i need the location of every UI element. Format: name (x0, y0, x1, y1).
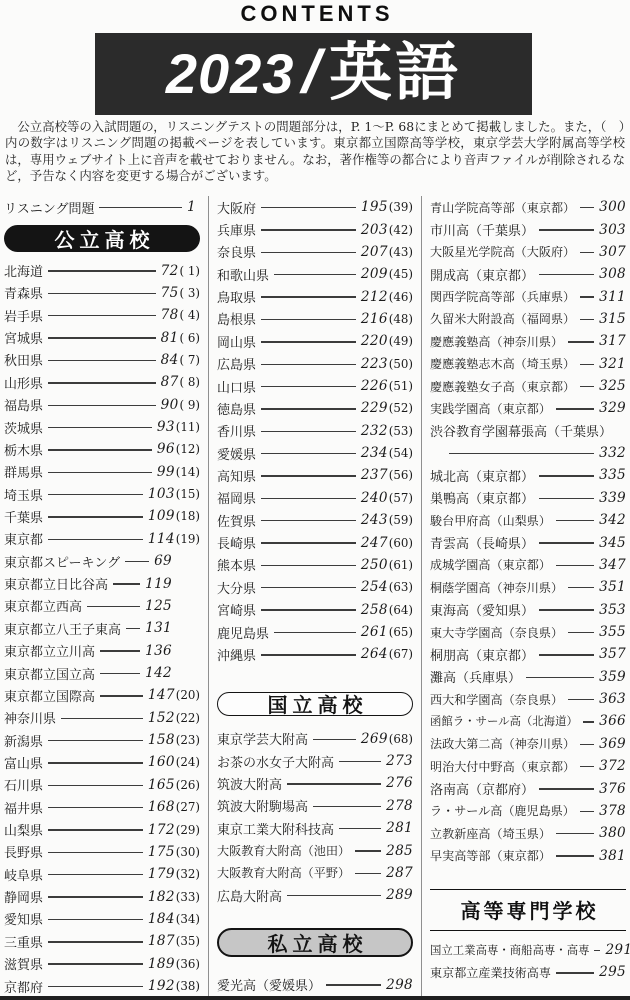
leader-line (48, 762, 143, 763)
entry-label: 奈良県 (217, 242, 256, 261)
entry-pages: 357 (599, 646, 626, 662)
toc-entry: 新潟県 158(23) (4, 729, 200, 751)
leader-line (261, 587, 356, 588)
entry-pages: 90( 9) (161, 397, 200, 413)
entry-listening-page: (20) (176, 688, 200, 702)
entry-listening-page: (23) (176, 733, 200, 747)
entry-pages: 172(29) (148, 822, 200, 838)
toc-entry: 福井県 168(27) (4, 796, 200, 818)
entry-pages: 264(67) (361, 646, 413, 662)
toc-entry: 大阪教育大附高（平野） 287 (217, 862, 413, 884)
entry-pages: 195(39) (361, 199, 413, 215)
entry-pages: 287 (386, 865, 413, 881)
leader-line (539, 788, 594, 789)
toc-entry: 福岡県 240(57) (217, 487, 413, 509)
entry-pages: 269(68) (361, 731, 413, 747)
entry-page: 229 (361, 400, 388, 416)
entry-label: 大阪教育大附高（平野） (217, 864, 350, 881)
entry-label: 岡山県 (217, 332, 256, 351)
entry-listening-page: (53) (389, 424, 413, 438)
entry-label: 実践学園高（東京都） (430, 400, 551, 417)
toc-entry: 山形県 87( 8) (4, 371, 200, 393)
toc-entry: 京都府 192(38) (4, 975, 200, 997)
leader-line (48, 807, 143, 808)
entry-page: 1 (187, 199, 196, 215)
entry-label: 早実高等部（東京都） (430, 847, 551, 864)
entry-pages: 165(26) (148, 777, 200, 793)
entry-label: 渋谷教育学園幕張高（千葉県） (430, 421, 612, 440)
entry-page: 195 (361, 199, 388, 215)
entry-label: 香川県 (217, 421, 256, 440)
toc-entry: 滋賀県 189(36) (4, 953, 200, 975)
entry-pages: 232(53) (361, 423, 413, 439)
leader-line (48, 516, 143, 517)
entry-page: 289 (386, 887, 413, 903)
entry-page: 363 (599, 691, 626, 707)
toc-column-1: リスニング問題 1 公立高校 北海道 72( 1) 青森県 7 (4, 196, 200, 998)
public-school-list-2: 大阪府 195(39) 兵庫県 203(42) 奈良県 207(43) (217, 196, 413, 666)
entry-listening-page: (34) (176, 912, 200, 926)
entry-pages: 273 (386, 753, 413, 769)
entry-pages: 226(51) (361, 378, 413, 394)
toc-entry: 愛媛県 234(54) (217, 442, 413, 464)
leader-line (580, 744, 594, 745)
entry-page: 347 (599, 557, 626, 573)
entry-pages: 220(49) (361, 333, 413, 349)
leader-line (48, 472, 152, 473)
entry-label: 福島県 (4, 395, 43, 414)
toc-entry: 島根県 216(48) (217, 308, 413, 330)
entry-label: 慶應義塾女子高（東京都） (430, 378, 575, 395)
entry-label: リスニング問題 (4, 198, 94, 217)
toc-entry: 三重県 187(35) (4, 930, 200, 952)
leader-line (583, 721, 594, 722)
leader-line (539, 498, 594, 499)
entry-label: 筑波大附高 (217, 774, 282, 793)
entry-pages: 376 (599, 781, 626, 797)
entry-pages: 109(18) (148, 508, 200, 524)
toc-entry: 鳥取県 212(46) (217, 285, 413, 307)
toc-entry: 慶應義塾高（神奈川県） 317 (430, 330, 626, 352)
entry-pages: 276 (386, 775, 413, 791)
entry-label: 東京工業大附科技高 (217, 819, 334, 838)
leader-line (261, 542, 356, 543)
entry-pages: 250(61) (361, 557, 413, 573)
entry-listening-page: ( 6) (180, 331, 200, 345)
entry-label: 函館ラ・サール高（北海道） (430, 713, 578, 729)
toc-entry: 香川県 232(53) (217, 420, 413, 442)
entry-label: 新潟県 (4, 731, 43, 750)
leader-line (48, 963, 143, 964)
entry-page: 172 (148, 822, 175, 838)
leader-line (339, 761, 381, 762)
toc-entry: 岩手県 78( 4) (4, 304, 200, 326)
entry-pages: 96(12) (157, 441, 200, 457)
intro-paragraph: 公立高校等の入試問題の，リスニングテストの問題部分は，P. 1～P. 68にまと… (5, 119, 625, 185)
toc-entry: 立教新座高（埼玉県） 380 (430, 822, 626, 844)
entry-label: 久留米大附設高（福岡県） (430, 310, 575, 327)
toc-entry: 市川高（千葉県） 303 (430, 218, 626, 240)
entry-label: 群馬県 (4, 462, 43, 481)
toc-entry: 岡山県 220(49) (217, 330, 413, 352)
entry-listening-page: (14) (176, 465, 200, 479)
entry-listening-page: (52) (389, 401, 413, 415)
entry-page: 109 (148, 508, 175, 524)
entry-page: 165 (148, 777, 175, 793)
entry-page: 243 (361, 512, 388, 528)
toc-entry: 和歌山県 209(45) (217, 263, 413, 285)
toc-entry: 青山学院高等部（東京都） 300 (430, 196, 626, 218)
toc-entry: 東京都立国際高 147(20) (4, 684, 200, 706)
entry-listening-page: (27) (176, 800, 200, 814)
entry-listening-page: (18) (176, 509, 200, 523)
leader-line (339, 828, 381, 829)
leader-line (48, 539, 143, 540)
leader-line (568, 587, 594, 588)
toc-entry: 城北高（東京都） 335 (430, 464, 626, 486)
entry-listening-page: (19) (176, 532, 200, 546)
entry-listening-page: ( 4) (180, 308, 200, 322)
entry-page: 315 (599, 311, 626, 327)
entry-label: 和歌山県 (217, 265, 269, 284)
entry-pages: 315 (599, 311, 626, 327)
entry-page: 357 (599, 646, 626, 662)
entry-pages: 329 (599, 400, 626, 416)
entry-label: 佐賀県 (217, 511, 256, 530)
entry-pages: 295 (599, 964, 626, 980)
toc-entry: 久留米大附設高（福岡県） 315 (430, 308, 626, 330)
entry-listening-page: (42) (389, 223, 413, 237)
entry-label: 秋田県 (4, 350, 43, 369)
entry-label: 大阪星光学院高（大阪府） (430, 243, 575, 260)
entry-page: 240 (361, 490, 388, 506)
leader-line (580, 319, 594, 320)
entry-label: 大阪府 (217, 198, 256, 217)
entry-listening-page: (63) (389, 580, 413, 594)
leader-line (539, 475, 594, 476)
entry-label: 洛南高（京都府） (430, 779, 534, 798)
entry-listening-page: (48) (389, 312, 413, 326)
leader-line (261, 453, 356, 454)
entry-pages: 216(48) (361, 311, 413, 327)
leader-line (48, 315, 156, 316)
toc-entry: 東海高（愛知県） 353 (430, 598, 626, 620)
leader-line (261, 475, 356, 476)
entry-page: 300 (599, 199, 626, 215)
leader-line (355, 850, 381, 851)
entry-page: 264 (361, 646, 388, 662)
toc-entry: 駿台甲府高（山梨県） 342 (430, 509, 626, 531)
entry-listening-page: (65) (389, 625, 413, 639)
leader-line (539, 609, 594, 610)
entry-label: 青山学院高等部（東京都） (430, 199, 575, 216)
leader-line (355, 873, 381, 874)
entry-page: 335 (599, 467, 626, 483)
entry-listening-page: ( 3) (180, 286, 200, 300)
entry-listening-page: (39) (389, 200, 413, 214)
toc-entry: 茨城県 93(11) (4, 416, 200, 438)
entry-label: 桐朋高（東京都） (430, 645, 534, 664)
column-divider (208, 196, 209, 998)
entry-pages: 119 (145, 576, 200, 592)
leader-line (113, 583, 140, 584)
entry-page: 114 (148, 531, 175, 547)
section-header-public: 公立高校 (4, 225, 200, 252)
leader-line (48, 293, 156, 294)
leader-line (261, 252, 356, 253)
toc-entry: 東京学芸大附高 269(68) (217, 728, 413, 750)
leader-line (261, 565, 356, 566)
entry-label: 東京都 (4, 529, 43, 548)
entry-pages: 72( 1) (161, 263, 200, 279)
leader-line (526, 677, 594, 678)
leader-line (556, 833, 594, 834)
entry-page: 160 (148, 754, 175, 770)
entry-page: 303 (599, 222, 626, 238)
entry-page: 369 (599, 736, 626, 752)
private-school-list-1: 愛光高（愛媛県） 298 (217, 973, 413, 995)
entry-pages: 285 (386, 843, 413, 859)
toc-entry: 埼玉県 103(15) (4, 483, 200, 505)
leader-line (261, 386, 356, 387)
entry-page: 380 (599, 825, 626, 841)
entry-label: 西大和学園高（奈良県） (430, 691, 563, 708)
entry-page: 209 (361, 266, 388, 282)
toc-entry: 桐朋高（東京都） 357 (430, 643, 626, 665)
entry-page: 359 (599, 669, 626, 685)
entry-pages: 209(45) (361, 266, 413, 282)
entry-page: 378 (599, 803, 626, 819)
entry-label: 沖縄県 (217, 645, 256, 664)
entry-listening-page: (30) (176, 845, 200, 859)
entry-label: 東大寺学園高（奈良県） (430, 624, 563, 641)
entry-pages: 342 (599, 512, 626, 528)
entry-page: 96 (157, 441, 175, 457)
banner-year: 2023 (166, 46, 295, 102)
entry-page: 307 (599, 244, 626, 260)
entry-page: 317 (599, 333, 626, 349)
leader-line (261, 296, 356, 297)
toc-entry: 実践学園高（東京都） 329 (430, 397, 626, 419)
toc-entry: 函館ラ・サール高（北海道） 366 (430, 710, 626, 732)
entry-pages: 237(56) (361, 467, 413, 483)
toc-column-3: 青山学院高等部（東京都） 300 市川高（千葉県） 303 大阪星光学院高（大阪… (430, 196, 626, 998)
entry-label: 熊本県 (217, 555, 256, 574)
entry-page: 278 (386, 798, 413, 814)
entry-label: 山形県 (4, 373, 43, 392)
leader-line (580, 386, 594, 387)
entry-page: 152 (148, 710, 175, 726)
entry-page: 376 (599, 781, 626, 797)
entry-label: 愛知県 (4, 909, 43, 928)
entry-label: 巣鴨高（東京都） (430, 488, 534, 507)
entry-pages: 192(38) (148, 978, 200, 994)
entry-label: 東京都立八王子東高 (4, 619, 121, 638)
entry-pages: 325 (599, 378, 626, 394)
toc-entry: 愛光高（愛媛県） 298 (217, 973, 413, 995)
entry-listening-page: (56) (389, 468, 413, 482)
entry-pages: 300 (599, 199, 626, 215)
leader-line (580, 364, 594, 365)
entry-pages: 311 (599, 289, 626, 305)
entry-page: 298 (386, 977, 413, 993)
toc-entry: 山梨県 172(29) (4, 818, 200, 840)
leader-line (449, 453, 594, 454)
entry-pages: 335 (599, 467, 626, 483)
entry-label: 慶應義塾志木高（埼玉県） (430, 355, 575, 372)
toc-entry: 筑波大附高 276 (217, 772, 413, 794)
toc-entry: 大阪星光学院高（大阪府） 307 (430, 241, 626, 263)
entry-pages: 261(65) (361, 624, 413, 640)
entry-label: 開成高（東京都） (430, 265, 534, 284)
toc-entry: 長崎県 247(60) (217, 531, 413, 553)
entry-label: 成城学園高（東京都） (430, 556, 551, 573)
entry-label: 愛光高（愛媛県） (217, 975, 321, 994)
entry-pages: 378 (599, 803, 626, 819)
entry-pages: 189(36) (148, 956, 200, 972)
leader-line (48, 270, 156, 271)
entry-pages: 187(35) (148, 933, 200, 949)
toc-entry: 開成高（東京都） 308 (430, 263, 626, 285)
leader-line (274, 274, 356, 275)
entry-page: 182 (148, 889, 175, 905)
entry-page: 220 (361, 333, 388, 349)
entry-pages: 317 (599, 333, 626, 349)
section-header-kosen: 高等専門学校 (430, 889, 626, 931)
toc-entry: 成城学園高（東京都） 347 (430, 554, 626, 576)
entry-label: 広島大附高 (217, 886, 282, 905)
leader-line (287, 783, 381, 784)
leader-line (556, 408, 594, 409)
banner-slash: / (297, 42, 329, 102)
entry-pages: 247(60) (361, 535, 413, 551)
entry-pages: 372 (599, 758, 626, 774)
entry-pages: 345 (599, 535, 626, 551)
toc-entry: 西大和学園高（奈良県） 363 (430, 688, 626, 710)
entry-pages: 223(50) (361, 356, 413, 372)
entry-page: 355 (599, 624, 626, 640)
entry-label: 茨城県 (4, 418, 43, 437)
leader-line (261, 229, 356, 230)
leader-line (126, 628, 140, 629)
leader-line (539, 229, 594, 230)
entry-listening-page: (50) (389, 357, 413, 371)
entry-label: 神奈川県 (4, 708, 56, 727)
toc-entry: 東京都立国立高 142 (4, 662, 200, 684)
toc-entry: 宮城県 81( 6) (4, 326, 200, 348)
toc-entry: 筑波大附駒場高 278 (217, 795, 413, 817)
entry-listening-page: (43) (389, 245, 413, 259)
entry-page: 237 (361, 467, 388, 483)
toc-entry: 大分県 254(63) (217, 576, 413, 598)
entry-pages: 363 (599, 691, 626, 707)
leader-line (313, 806, 381, 807)
toc-entry: 東大寺学園高（奈良県） 355 (430, 621, 626, 643)
leader-line (580, 252, 594, 253)
toc-entry: 青雲高（長崎県） 345 (430, 531, 626, 553)
entry-page: 273 (386, 753, 413, 769)
entry-pages: 339 (599, 490, 626, 506)
entry-label: 東京都立日比谷高 (4, 574, 108, 593)
entry-page: 258 (361, 602, 388, 618)
entry-listening-page: (49) (389, 334, 413, 348)
entry-pages: 125 (145, 598, 200, 614)
leader-line (48, 337, 156, 338)
leader-line (556, 972, 594, 973)
entry-label: 東京都立国立高 (4, 664, 95, 683)
entry-pages: 87( 8) (161, 374, 200, 390)
contents-heading: CONTENTS (0, 1, 630, 27)
entry-label: 法政大第二高（神奈川県） (430, 735, 575, 752)
entry-label: 長崎県 (217, 533, 256, 552)
leader-line (48, 449, 152, 450)
entry-pages: 291 (605, 942, 630, 958)
entry-listening-page: ( 9) (180, 398, 200, 412)
entry-page: 223 (361, 356, 388, 372)
entry-label: お茶の水女子大附高 (217, 752, 334, 771)
leader-line (326, 984, 381, 985)
entry-page: 158 (148, 732, 175, 748)
national-school-list: 東京学芸大附高 269(68) お茶の水女子大附高 273 筑波大附高 276 (217, 728, 413, 907)
toc-entry: 沖縄県 264(67) (217, 643, 413, 665)
public-school-list-1: 北海道 72( 1) 青森県 75( 3) 岩手県 78( 4) (4, 259, 200, 997)
entry-label: 兵庫県 (217, 220, 256, 239)
entry-page: 250 (361, 557, 388, 573)
entry-pages: 359 (599, 669, 626, 685)
toc-entry: 東京都立産業技術高専 295 (430, 961, 626, 983)
entry-listening-page: (45) (389, 267, 413, 281)
entry-pages: 184(34) (148, 911, 200, 927)
toc-entry: 福島県 90( 9) (4, 394, 200, 416)
entry-page: 90 (161, 397, 179, 413)
leader-line (48, 405, 156, 406)
entry-page: 136 (145, 643, 172, 659)
toc-entry: 岐阜県 179(32) (4, 863, 200, 885)
toc-entry: 山口県 226(51) (217, 375, 413, 397)
entry-page: 353 (599, 602, 626, 618)
entry-label: 慶應義塾高（神奈川県） (430, 333, 563, 350)
entry-label: 長野県 (4, 842, 43, 861)
entry-page: 247 (361, 535, 388, 551)
entry-pages: 81( 6) (161, 330, 200, 346)
toc-entry: 鹿児島県 261(65) (217, 621, 413, 643)
entry-label: 東海高（愛知県） (430, 600, 534, 619)
entry-page: 131 (145, 620, 172, 636)
entry-label: 栃木県 (4, 440, 43, 459)
entry-page: 287 (386, 865, 413, 881)
entry-label: 山梨県 (4, 820, 43, 839)
entry-page: 295 (599, 964, 626, 980)
toc-entry: 奈良県 207(43) (217, 241, 413, 263)
toc-entry: 慶應義塾女子高（東京都） 325 (430, 375, 626, 397)
entry-page: 207 (361, 244, 388, 260)
leader-line (261, 654, 356, 655)
entry-pages: 179(32) (148, 866, 200, 882)
entry-page: 203 (361, 222, 388, 238)
entry-pages: 229(52) (361, 400, 413, 416)
leader-line (556, 855, 594, 856)
entry-pages: 75( 3) (161, 285, 200, 301)
section-header-private: 私立高校 (217, 928, 413, 957)
entry-label: 千葉県 (4, 507, 43, 526)
leader-line (100, 695, 143, 696)
leader-line (556, 520, 594, 521)
entry-label: 城北高（東京都） (430, 466, 534, 485)
entry-page: 93 (157, 419, 175, 435)
leader-line (539, 654, 594, 655)
entry-label: 岐阜県 (4, 865, 43, 884)
toc-entry: 宮崎県 258(64) (217, 598, 413, 620)
